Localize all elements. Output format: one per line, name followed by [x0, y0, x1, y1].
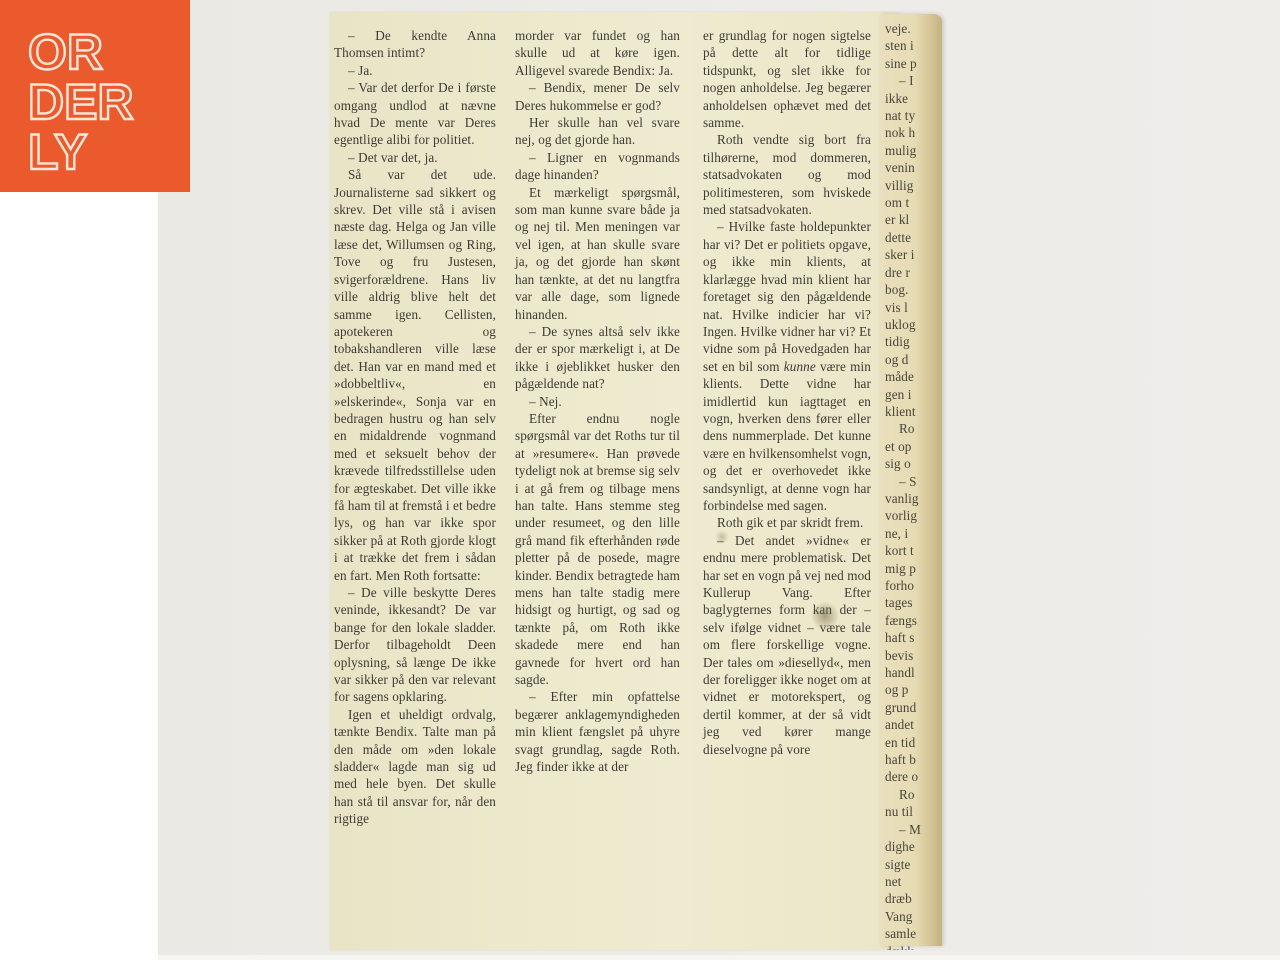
text-line-fragment: handl	[885, 664, 945, 681]
paragraph: er grundlag for nogen sigtelse på dette …	[703, 27, 871, 131]
text-line-fragment: forho	[885, 577, 945, 594]
text-line-fragment: dette	[885, 229, 945, 246]
text-column-3: er grundlag for nogen sigtelse på dette …	[703, 27, 871, 758]
text-line-fragment: nok h	[885, 124, 945, 141]
text-line-fragment: et op	[885, 438, 945, 455]
text-line-fragment: ikke	[885, 90, 945, 107]
paragraph: – Var det derfor De i første omgang undl…	[334, 79, 496, 149]
paragraph: morder var fundet og han skulle ud at kø…	[515, 27, 680, 79]
text-line-fragment: grund	[885, 699, 945, 716]
text-line-fragment: dre r	[885, 264, 945, 281]
text-line-fragment: sig o	[885, 455, 945, 472]
paragraph: Her skulle han vel svare nej, og det gjo…	[515, 114, 680, 149]
paragraph: Efter endnu nogle spørgsmål var det Roth…	[515, 410, 680, 689]
text-line-fragment: veje.	[885, 20, 945, 37]
text-column-4-partial: veje.sten isine p– Iikkenat tynok hmulig…	[885, 20, 945, 950]
paragraph: – Ja.	[334, 62, 496, 79]
text-line-fragment: sine p	[885, 55, 945, 72]
text-line-fragment: og d	[885, 351, 945, 368]
text-line-fragment: samle	[885, 925, 945, 942]
paper-speck	[593, 102, 599, 108]
paper-stain	[812, 600, 838, 632]
text-line-fragment: dere o	[885, 768, 945, 785]
paragraph: – Efter min opfattelse begærer anklagemy…	[515, 688, 680, 775]
orderly-logo-wordmark-icon: OR DER LY	[20, 21, 170, 171]
text-line-fragment: uklog	[885, 316, 945, 333]
text-line-fragment: vis l	[885, 299, 945, 316]
paragraph: – Det andet »vidne« er endnu mere proble…	[703, 532, 871, 758]
text-line-fragment: måde	[885, 368, 945, 385]
text-line-fragment: sigte	[885, 856, 945, 873]
emphasis: kunne	[784, 359, 816, 374]
orderly-logo: OR DER LY	[0, 0, 190, 192]
text-line-fragment: vanlig	[885, 490, 945, 507]
text-line-fragment: mulig	[885, 142, 945, 159]
text-line-fragment: vorlig	[885, 507, 945, 524]
text-line-fragment: mig p	[885, 560, 945, 577]
paragraph: – De ville beskytte Deres veninde, ikkes…	[334, 584, 496, 706]
text-line-fragment: – M	[885, 821, 945, 838]
paragraph: – Bendix, mener De selv Deres hukommelse…	[515, 79, 680, 114]
paragraph: – Nej.	[515, 393, 680, 410]
text-line-fragment: og p	[885, 681, 945, 698]
text-line-fragment: fængs	[885, 612, 945, 629]
paragraph: Et mærkeligt spørgsmål, som man kunne sv…	[515, 184, 680, 323]
text-line-fragment: sten i	[885, 37, 945, 54]
paragraph: – De synes altså selv ikke der er spor m…	[515, 323, 680, 393]
text-line-fragment: dræb	[885, 890, 945, 907]
text-line-fragment: Ro	[885, 786, 945, 803]
photo-backdrop-edge	[158, 955, 1280, 960]
paragraph: – Ligner en vognmands dage hinanden?	[515, 149, 680, 184]
text-line-fragment: villig	[885, 177, 945, 194]
paragraph: – Hvilke faste holdepunkter har vi? Det …	[703, 218, 871, 514]
text-line-fragment: sker i	[885, 246, 945, 263]
text-line-fragment: en tid	[885, 734, 945, 751]
text-line-fragment: – I	[885, 72, 945, 89]
logo-line-2: DER	[28, 74, 134, 130]
logo-line-1: OR	[28, 24, 103, 80]
text-line-fragment: haft b	[885, 751, 945, 768]
paragraph: – De kendte Anna Thomsen intimt?	[334, 27, 496, 62]
paragraph: Roth gik et par skridt frem.	[703, 514, 871, 531]
text-line-fragment: venin	[885, 159, 945, 176]
paragraph: – Det var det, ja.	[334, 149, 496, 166]
text-line-fragment: nat ty	[885, 107, 945, 124]
text-line-fragment: Vang	[885, 908, 945, 925]
text-column-2: morder var fundet og han skulle ud at kø…	[515, 27, 680, 775]
text-line-fragment: tages	[885, 594, 945, 611]
text-line-fragment: haft s	[885, 629, 945, 646]
paper-speck	[715, 530, 729, 544]
text-line-fragment: er kl	[885, 211, 945, 228]
text-line-fragment: andet	[885, 716, 945, 733]
paragraph: Roth vendte sig bort fra tilhørerne, mod…	[703, 131, 871, 218]
text-line-fragment: ne, i	[885, 525, 945, 542]
text-line-fragment: om t	[885, 194, 945, 211]
text-column-1: – De kendte Anna Thomsen intimt?– Ja.– V…	[334, 27, 496, 828]
text-line-fragment: kort t	[885, 542, 945, 559]
text-line-fragment: net	[885, 873, 945, 890]
logo-line-3: LY	[28, 124, 87, 171]
text-line-fragment: dækk	[885, 943, 945, 950]
text-line-fragment: gen i	[885, 386, 945, 403]
text-line-fragment: tidig	[885, 333, 945, 350]
text-line-fragment: nu til	[885, 803, 945, 820]
text-line-fragment: dighe	[885, 838, 945, 855]
text-line-fragment: bevis	[885, 647, 945, 664]
text-line-fragment: klient	[885, 403, 945, 420]
text-line-fragment: bog.	[885, 281, 945, 298]
text-line-fragment: – S	[885, 473, 945, 490]
paragraph: Igen et uheldigt ordvalg, tænkte Bendix.…	[334, 706, 496, 828]
paragraph: Så var det ude. Journalisterne sad sikke…	[334, 166, 496, 584]
text-line-fragment: Ro	[885, 420, 945, 437]
